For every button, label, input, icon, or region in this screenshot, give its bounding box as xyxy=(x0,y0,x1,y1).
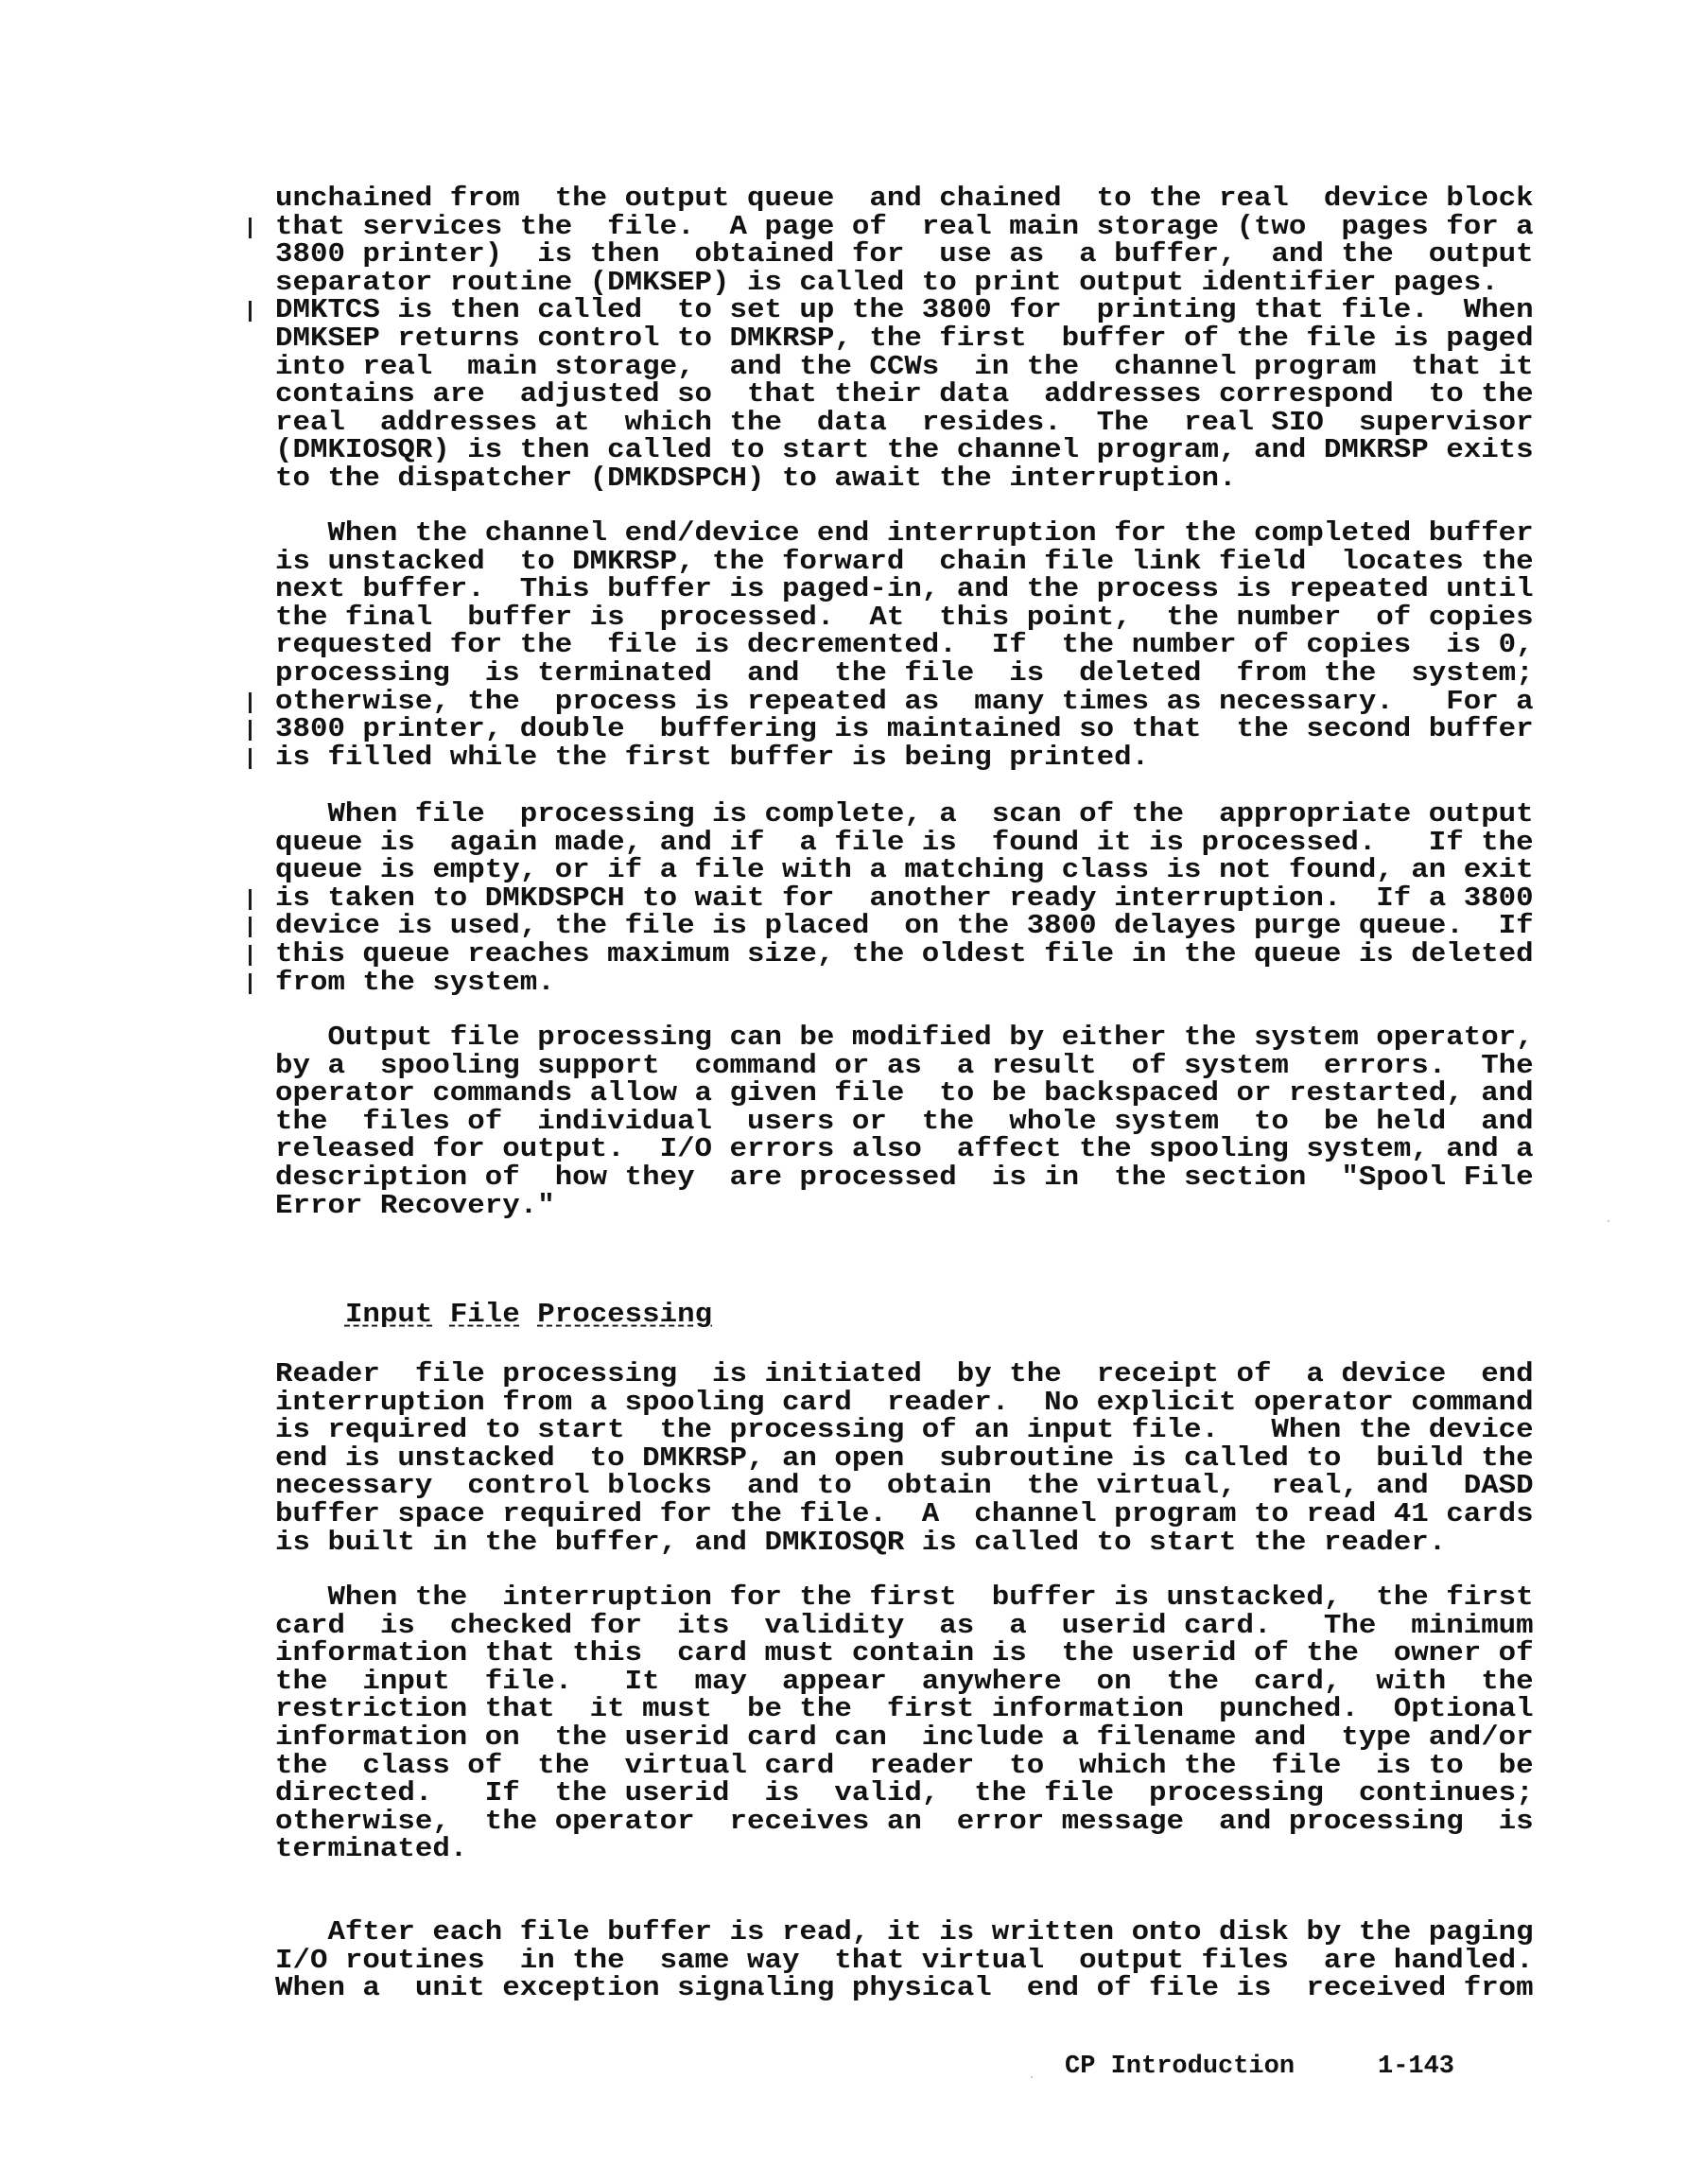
text-line: real addresses at which the data resides… xyxy=(275,411,1534,436)
revision-change-bar xyxy=(249,720,252,741)
text-line: next buffer. This buffer is paged-in, an… xyxy=(275,577,1534,603)
page-number: 1-143 xyxy=(1378,2053,1454,2081)
heading-word: Processing xyxy=(537,1300,712,1330)
revision-change-bar xyxy=(249,889,252,910)
text-line: 3800 printer, double buffering is mainta… xyxy=(275,717,1534,743)
text-line: processing is terminated and the file is… xyxy=(275,661,1534,687)
text-line: I/O routines in the same way that virtua… xyxy=(275,1948,1534,1974)
text-line: is taken to DMKDSPCH to wait for another… xyxy=(275,886,1534,912)
text-line: unchained from the output queue and chai… xyxy=(275,186,1534,212)
scan-speck xyxy=(1608,1220,1609,1222)
revision-change-bar xyxy=(249,218,252,238)
text-line: this queue reaches maximum size, the old… xyxy=(275,942,1534,968)
text-line: queue is again made, and if a file is fo… xyxy=(275,830,1534,856)
text-line: that services the file. A page of real m… xyxy=(275,215,1534,240)
text-line: description of how they are processed is… xyxy=(275,1165,1534,1191)
text-line: information on the userid card can inclu… xyxy=(275,1725,1534,1751)
text-line: DMKSEP returns control to DMKRSP, the fi… xyxy=(275,326,1534,352)
text-line: into real main storage, and the CCWs in … xyxy=(275,355,1534,380)
text-line: queue is empty, or if a file with a matc… xyxy=(275,858,1534,883)
text-line: After each file buffer is read, it is wr… xyxy=(275,1920,1534,1946)
text-line: is built in the buffer, and DMKIOSQR is … xyxy=(275,1530,1446,1556)
revision-change-bar xyxy=(249,748,252,769)
text-line: information that this card must contain … xyxy=(275,1641,1534,1667)
text-line: device is used, the file is placed on th… xyxy=(275,914,1534,939)
text-line: restriction that it must be the first in… xyxy=(275,1697,1534,1722)
text-line: Reader file processing is initiated by t… xyxy=(275,1362,1534,1388)
text-line: terminated. xyxy=(275,1837,467,1862)
text-line: otherwise, the process is repeated as ma… xyxy=(275,690,1534,715)
scan-speck xyxy=(1031,2076,1033,2078)
text-line: directed. If the userid is valid, the fi… xyxy=(275,1781,1534,1807)
heading-word: File xyxy=(450,1300,520,1330)
heading-word: Input xyxy=(345,1300,432,1330)
text-line: is unstacked to DMKRSP, the forward chai… xyxy=(275,550,1534,575)
revision-change-bar xyxy=(249,301,252,322)
text-line: card is checked for its validity as a us… xyxy=(275,1614,1534,1639)
text-line: the class of the virtual card reader to … xyxy=(275,1754,1534,1779)
section-heading: Input File Processing xyxy=(275,1277,712,1353)
text-line: Output file processing can be modified b… xyxy=(275,1025,1534,1051)
text-line: otherwise, the operator receives an erro… xyxy=(275,1809,1534,1835)
document-page: unchained from the output queue and chai… xyxy=(0,0,1687,2184)
revision-change-bar xyxy=(249,917,252,937)
text-line: released for output. I/O errors also aff… xyxy=(275,1137,1534,1162)
text-line: end is unstacked to DMKRSP, an open subr… xyxy=(275,1446,1534,1472)
text-line: When a unit exception signaling physical… xyxy=(275,1976,1534,2001)
text-line: by a spooling support command or as a re… xyxy=(275,1054,1534,1079)
text-line: requested for the file is decremented. I… xyxy=(275,633,1534,658)
text-line: contains are adjusted so that their data… xyxy=(275,382,1534,408)
text-line: buffer space required for the file. A ch… xyxy=(275,1502,1534,1528)
text-line: DMKTCS is then called to set up the 3800… xyxy=(275,298,1534,323)
revision-change-bar xyxy=(249,973,252,994)
text-line: is required to start the processing of a… xyxy=(275,1418,1534,1443)
text-line: the final buffer is processed. At this p… xyxy=(275,605,1534,631)
text-line: (DMKIOSQR) is then called to start the c… xyxy=(275,438,1534,463)
text-line: necessary control blocks and to obtain t… xyxy=(275,1474,1534,1499)
text-line: to the dispatcher (DMKDSPCH) to await th… xyxy=(275,466,1236,492)
text-line: separator routine (DMKSEP) is called to … xyxy=(275,271,1499,296)
text-line: 3800 printer) is then obtained for use a… xyxy=(275,242,1534,268)
footer-title: CP Introduction xyxy=(1065,2053,1295,2081)
text-line: When the interruption for the first buff… xyxy=(275,1585,1534,1611)
text-line: interruption from a spooling card reader… xyxy=(275,1390,1534,1416)
text-line: from the system. xyxy=(275,970,555,996)
text-line: Error Recovery." xyxy=(275,1194,555,1219)
text-line: the files of individual users or the who… xyxy=(275,1109,1534,1135)
text-line: When the channel end/device end interrup… xyxy=(275,521,1534,547)
text-line: When file processing is complete, a scan… xyxy=(275,802,1534,828)
text-line: operator commands allow a given file to … xyxy=(275,1081,1534,1107)
revision-change-bar xyxy=(249,945,252,966)
revision-change-bar xyxy=(249,692,252,713)
text-line: is filled while the first buffer is bein… xyxy=(275,745,1149,771)
text-line: the input file. It may appear anywhere o… xyxy=(275,1669,1534,1695)
